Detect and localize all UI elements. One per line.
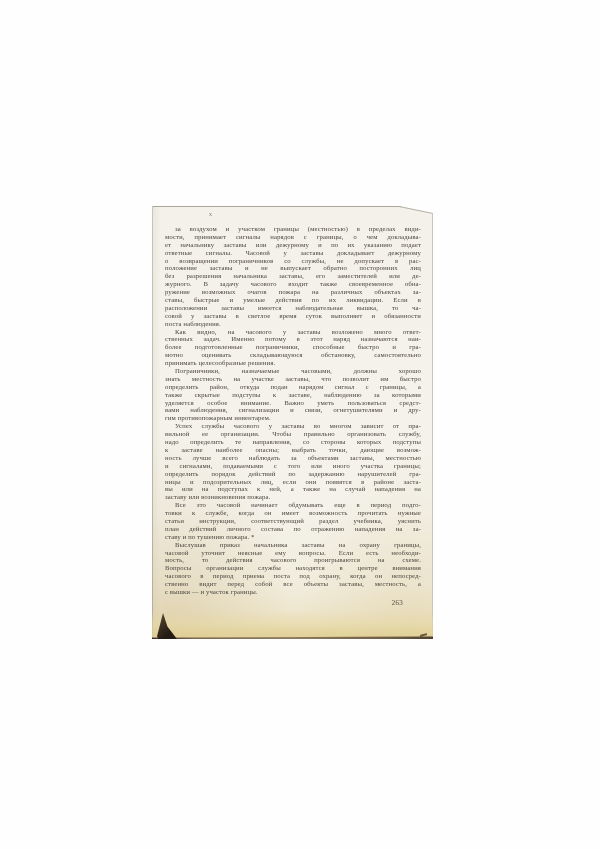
paragraph: за воздухом и участком границы (местност…	[165, 226, 421, 329]
paragraph: Выслушав приказ начальника заставы на ох…	[165, 542, 421, 597]
paragraph: Все это часовой начинает обдумывать еще …	[165, 502, 421, 541]
text-line: положение заставы и не выпускает обратно…	[165, 265, 421, 273]
text-line: Как видно, на часового у заставы возложе…	[165, 329, 421, 337]
text-line: вами наблюдения, сигнализации и связи, о…	[165, 407, 421, 415]
text-line: и сигналами, подаваемыми с того или иног…	[165, 463, 421, 471]
text-line: к заставе наиболее опасны; выбрать точки…	[165, 447, 421, 455]
page-top-edge	[152, 206, 401, 207]
text-line: принимать целесообразные решения.	[165, 360, 421, 368]
text-line: мость, то действия часового проигрываютс…	[165, 557, 421, 565]
page-bottom-edge	[152, 636, 433, 639]
stray-print-mark: х	[209, 212, 212, 218]
scanned-book-page: х за воздухом и участком границы (местно…	[152, 206, 433, 639]
text-line: без разрешения начальника заставы, его з…	[165, 273, 421, 281]
text-line: ственных задач. Именно потому в этот нар…	[165, 336, 421, 344]
text-line: товки к службе, когда он имеет возможнос…	[165, 510, 421, 518]
page-number: 263	[152, 599, 403, 607]
text-block: за воздухом и участком границы (местност…	[165, 226, 421, 597]
page-top-right-fold-edge	[399, 206, 433, 214]
text-line: уделяется особое внимание. Важно уметь п…	[165, 400, 421, 408]
text-line: расположении заставы имеется наблюдатель…	[165, 305, 421, 313]
text-line: Пограничники, назначаемые часовыми, долж…	[165, 368, 421, 376]
text-line: часового в период приема поста под охран…	[165, 573, 421, 581]
text-line: заставу или возникновения пожара.	[165, 494, 421, 502]
paragraph: Как видно, на часового у заставы возложе…	[165, 329, 421, 368]
text-line: более подготовленные пограничники, спосо…	[165, 344, 421, 352]
text-line: надо определить те направления, со сторо…	[165, 439, 421, 447]
curled-corner-shadow	[157, 613, 177, 639]
scan-background: х за воздухом и участком границы (местно…	[0, 0, 600, 849]
text-line: мости, принимает сигналы нарядов с грани…	[165, 234, 421, 242]
page-right-edge	[432, 212, 433, 639]
text-line: с вышки — и участок границы.	[165, 589, 421, 597]
text-line: план действий личного состава по отражен…	[165, 526, 421, 534]
text-line: ственно видит перед собой все объекты за…	[165, 581, 421, 589]
bottom-right-edge-mark	[420, 633, 427, 637]
text-line: знать местность на участке заставы, что …	[165, 376, 421, 384]
text-line: ружение возможных очагов пожара на разли…	[165, 289, 421, 297]
text-line: вы или на подступах к ней, а также на сл…	[165, 486, 421, 494]
text-line: совой у заставы в светлое время суток вы…	[165, 313, 421, 321]
aged-paper-strip	[152, 611, 433, 637]
text-line: о возвращении пограничников со службы, н…	[165, 258, 421, 266]
text-line: поста наблюдения.	[165, 321, 421, 329]
text-line: ставу и по тушению пожара. *	[165, 534, 421, 542]
text-line: за воздухом и участком границы (местност…	[165, 226, 421, 234]
text-line: мотно оценивать складывающуюся обстановк…	[165, 352, 421, 360]
paragraph: Успех службы часового у заставы во много…	[165, 423, 421, 502]
text-line: вильной ее организации. Чтобы правильно …	[165, 431, 421, 439]
text-line: гим противопожарным инвентарем.	[165, 415, 421, 423]
text-line: также скрытые подступы к заставе, наблюд…	[165, 392, 421, 400]
text-line: ответные сигналы. Часовой у заставы докл…	[165, 250, 421, 258]
text-line: ставы, быстрые и умелые действия по их л…	[165, 297, 421, 305]
text-line: статьи инструкции, соответствующий разде…	[165, 518, 421, 526]
text-line: Выслушав приказ начальника заставы на ох…	[165, 542, 421, 550]
text-line: ет начальнику заставы или дежурному и по…	[165, 242, 421, 250]
text-line: ницы и подозрительных лиц, если они появ…	[165, 479, 421, 487]
text-line: Успех службы часового у заставы во много…	[165, 423, 421, 431]
text-line: часовой уточнит неясные ему вопросы. Есл…	[165, 550, 421, 558]
text-line: определить район, откуда подан нарядом с…	[165, 384, 421, 392]
text-line: журного. В задачу часового входит также …	[165, 281, 421, 289]
paragraph: Пограничники, назначаемые часовыми, долж…	[165, 368, 421, 423]
text-line: Вопросы организации службы находятся в ц…	[165, 565, 421, 573]
text-line: ность лучше всего наблюдать за объектами…	[165, 455, 421, 463]
text-line: определить порядок действий по задержани…	[165, 471, 421, 479]
page-left-edge	[152, 206, 153, 639]
text-line: Все это часовой начинает обдумывать еще …	[165, 502, 421, 510]
